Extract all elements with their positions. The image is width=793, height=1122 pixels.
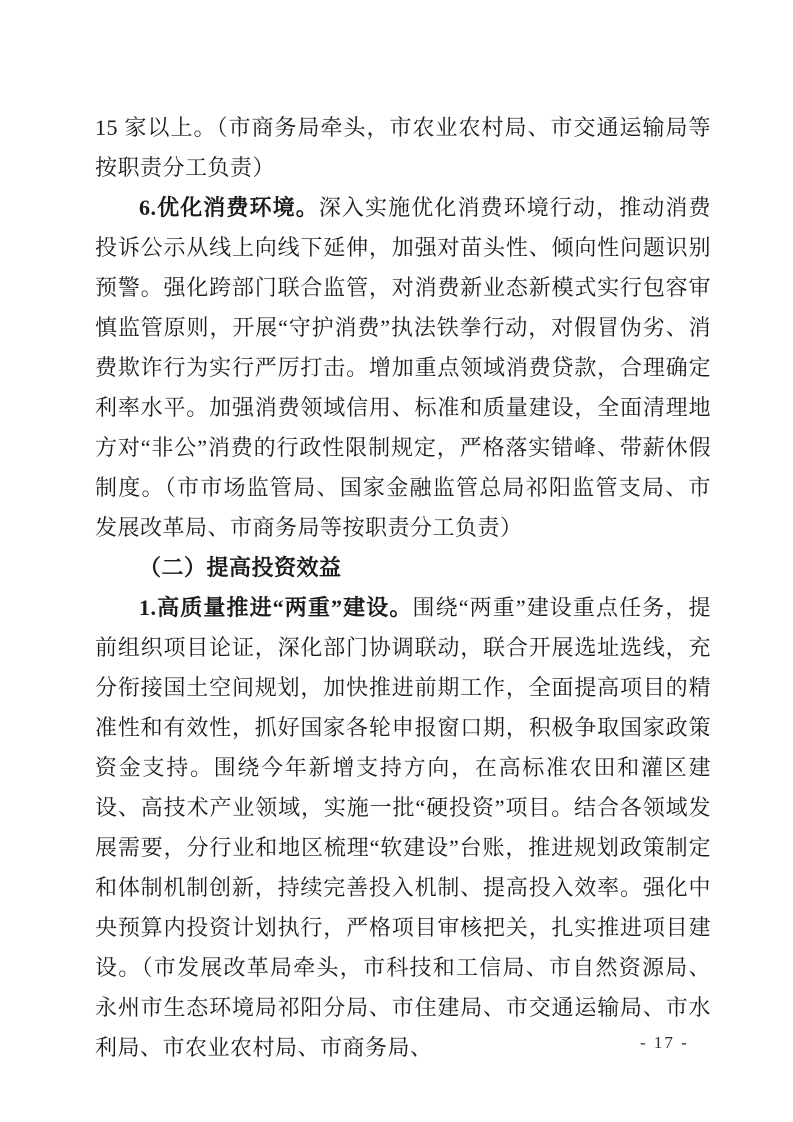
paragraph-lead: 6.优化消费环境。: [139, 195, 319, 220]
paragraph-text: 围绕“两重”建设重点任务，提前组织项目论证，深化部门协调联动，联合开展选址选线，…: [95, 595, 711, 980]
attribution-text: （市市场监管局、国家金融监管总局祁阳监管支局、市发展改革局、市商务局等按职责分工…: [95, 475, 711, 540]
paragraph-lead: 1.高质量推进“两重”建设。: [139, 595, 412, 620]
page-number: - 17 -: [640, 1032, 689, 1054]
section-heading-2: （二）提高投资效益: [95, 548, 711, 588]
document-page: 15 家以上。（市商务局牵头，市农业农村局、市交通运输局等按职责分工负责） 6.…: [0, 0, 793, 1122]
attribution-text: （市发展改革局牵头，市科技和工信局、市自然资源局、永州市生态环境局祁阳分局、市住…: [95, 955, 711, 1060]
paragraph-text: 15 家以上。: [95, 115, 217, 140]
paragraph-item-6: 6.优化消费环境。深入实施优化消费环境行动，推动消费投诉公示从线上向线下延伸，加…: [95, 188, 711, 548]
paragraph-continuation: 15 家以上。（市商务局牵头，市农业农村局、市交通运输局等按职责分工负责）: [95, 108, 711, 188]
document-body: 15 家以上。（市商务局牵头，市农业农村局、市交通运输局等按职责分工负责） 6.…: [95, 108, 711, 1068]
paragraph-item-1: 1.高质量推进“两重”建设。围绕“两重”建设重点任务，提前组织项目论证，深化部门…: [95, 588, 711, 1068]
paragraph-text: 深入实施优化消费环境行动，推动消费投诉公示从线上向线下延伸，加强对苗头性、倾向性…: [95, 195, 711, 500]
